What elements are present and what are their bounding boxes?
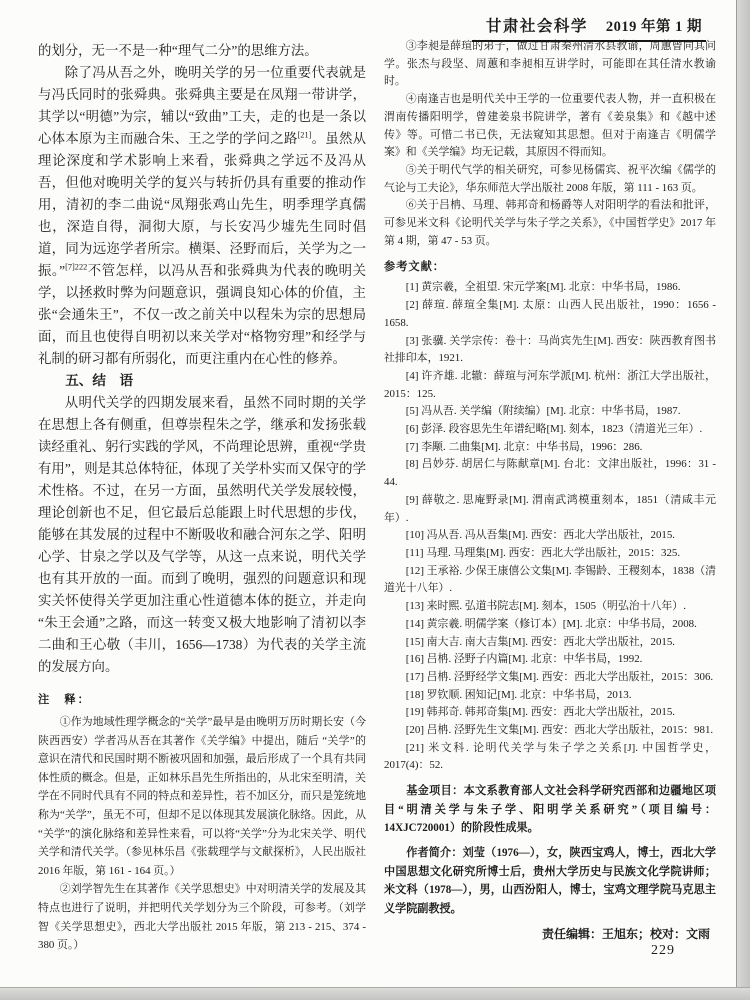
reference-entry: [15] 南大吉. 南大吉集[M]. 西安：西北大学出版社，2015. [384,634,716,652]
notes-list-left: ①作为地域性理学概念的“关学”最早是由晚明万历时期长安（今陕西西安）学者冯从吾在… [38,713,366,955]
reference-entry: [11] 马理. 马理集[M]. 西安：西北大学出版社，2015：325. [384,545,716,563]
body-paragraph-zhang-shundian: 除了冯从吾之外，晚明关学的另一位重要代表就是与冯氏同时的张舜典。张舜典主要是在凤… [38,62,366,370]
note-item: ④南逢吉也是明代关中王学的一位重要代表人物，并一直积极在渭南传播阳明学，曾建姜泉… [384,91,716,162]
reference-entry: [17] 吕柟. 泾野经学文集[M]. 西安：西北大学出版社，2015：306. [384,669,716,687]
reference-entry: [8] 吕妙芬. 胡居仁与陈献章[M]. 台北：文津出版社，1996：31 - … [384,456,716,491]
reference-entry: [12] 王承裕. 少保王康僖公文集[M]. 李锡龄、王稷刻本，1838（清道光… [384,563,716,598]
reference-entry: [20] 吕柟. 泾野先生文集[M]. 西安：西北大学出版社，2015：981. [384,722,716,740]
note-item: ⑥关于吕柟、马理、韩邦奇和杨爵等人对阳明学的看法和批评，可参见米文科《论明代关学… [384,197,716,250]
reference-entry: [5] 冯从吾. 关学编（附续编）[M]. 北京：中华书局，1987. [384,403,716,421]
note-item: ②刘学智先生在其著作《关学思想史》中对明清关学的发展及其特点也进行了说明，并把明… [38,880,366,954]
left-column: 的划分，无一不是一种“理气二分”的思维方法。 除了冯从吾之外，晚明关学的另一位重… [38,40,366,955]
page-number: 229 [651,943,675,959]
scan-edge-bottom [0,987,750,1000]
reference-entry: [10] 冯从吾. 冯从吾集[M]. 西安：西北大学出版社，2015. [384,527,716,545]
text-segment: 。虽然从理论深度和学术影响上来看，张舜典之学远不及冯从吾，但他对晚明关学的复兴与… [38,131,366,278]
reference-entry: [6] 彭泽. 段容思先生年谱纪略[M]. 刻本，1823（清道光三年）. [384,421,716,439]
reference-entry: [4] 许齐雄. 北辙：薛瑄与河东学派[M]. 杭州：浙江大学出版社，2015：… [384,368,716,403]
reference-entry: [9] 薛敬之. 思庵野录[M]. 渭南武鸿模重刻本，1851（清咸丰元年）. [384,492,716,527]
citation-superscript: [7]222 [65,263,87,272]
reference-entry: [21] 米文科. 论明代关学与朱子学之关系[J]. 中国哲学史，2017(4)… [384,740,716,775]
note-item: ⑤关于明代气学的相关研究，可参见杨儒宾、祝平次编《儒学的气论与工夫论》，华东师范… [384,162,716,197]
notes-section: 注 释： ①作为地域性理学概念的“关学”最早是由晚明万历时期长安（今陕西西安）学… [38,691,366,955]
reference-entry: [7] 李颙. 二曲集[M]. 北京：中华书局，1996：286. [384,439,716,457]
notes-heading: 注 释： [38,691,366,710]
main-text-block: 的划分，无一不是一种“理气二分”的思维方法。 除了冯从吾之外，晚明关学的另一位重… [38,40,366,678]
scan-edge-right [736,0,750,1000]
issue-label: 2019 年第 1 期 [606,19,702,35]
reference-entry: [14] 黄宗羲. 明儒学案（修订本）[M]. 北京：中华书局，2008. [384,616,716,634]
references-list: [1] 黄宗羲，全祖望. 宋元学案[M]. 北京：中华书局，1986.[2] 薛… [384,279,716,775]
journal-title: 甘肃社会科学 [486,18,588,35]
body-paragraph-continuation: 的划分，无一不是一种“理气二分”的思维方法。 [38,40,366,62]
text-segment: 不管怎样，以冯从吾和张舜典为代表的晚明关学，以拯救时弊为问题意识，强调良知心体的… [38,263,366,366]
journal-page: 甘肃社会科学 2019 年第 1 期 的划分，无一不是一种“理气二分”的思维方法… [0,0,750,1000]
reference-entry: [1] 黄宗羲，全祖望. 宋元学案[M]. 北京：中华书局，1986. [384,279,716,297]
reference-entry: [18] 罗钦顺. 困知记[M]. 北京：中华书局，2013. [384,687,716,705]
references-heading: 参考文献： [384,258,716,276]
funding-paragraph: 基金项目：本文系教育部人文社会科学研究西部和边疆地区项目“明清关学与朱子学、阳明… [384,782,716,837]
reference-entry: [19] 韩邦奇. 韩邦奇集[M]. 西安：西北大学出版社，2015. [384,704,716,722]
citation-superscript: [21] [298,131,312,140]
reference-entry: [16] 吕柟. 泾野子内篇[M]. 北京：中华书局，1992. [384,651,716,669]
reference-entry: [13] 来时熙. 弘道书院志[M]. 刻本，1505（明弘治十八年）. [384,598,716,616]
author-bio-paragraph: 作者简介：刘莹（1976—），女，陕西宝鸡人，博士，西北大学中国思想文化研究所博… [384,844,716,918]
editor-line: 责任编辑：王旭东；校对：文雨 [384,925,710,944]
body-paragraph-conclusion: 从明代关学的四期发展来看，虽然不同时期的关学在思想上各有侧重，但尊崇程朱之学，继… [38,392,366,678]
note-item: ③李昶是薛瑄的弟子，做过甘肃秦州清水县教谕，周蕙曾向其问学。张杰与段坚、周蕙和李… [384,38,716,91]
right-column: ③李昶是薛瑄的弟子，做过甘肃秦州清水县教谕，周蕙曾向其问学。张杰与段坚、周蕙和李… [384,38,716,944]
reference-entry: [2] 薛瑄. 薛瑄全集[M]. 太原：山西人民出版社，1990：1656 - … [384,297,716,332]
section-heading-conclusion: 五、结 语 [38,370,366,392]
reference-entry: [3] 张骥. 关学宗传：卷十：马尚宾先生[M]. 西安：陕西教育图书社排印本，… [384,333,716,368]
notes-list-right: ③李昶是薛瑄的弟子，做过甘肃秦州清水县教谕，周蕙曾向其问学。张杰与段坚、周蕙和李… [384,38,716,250]
note-item: ①作为地域性理学概念的“关学”最早是由晚明万历时期长安（今陕西西安）学者冯从吾在… [38,713,366,880]
